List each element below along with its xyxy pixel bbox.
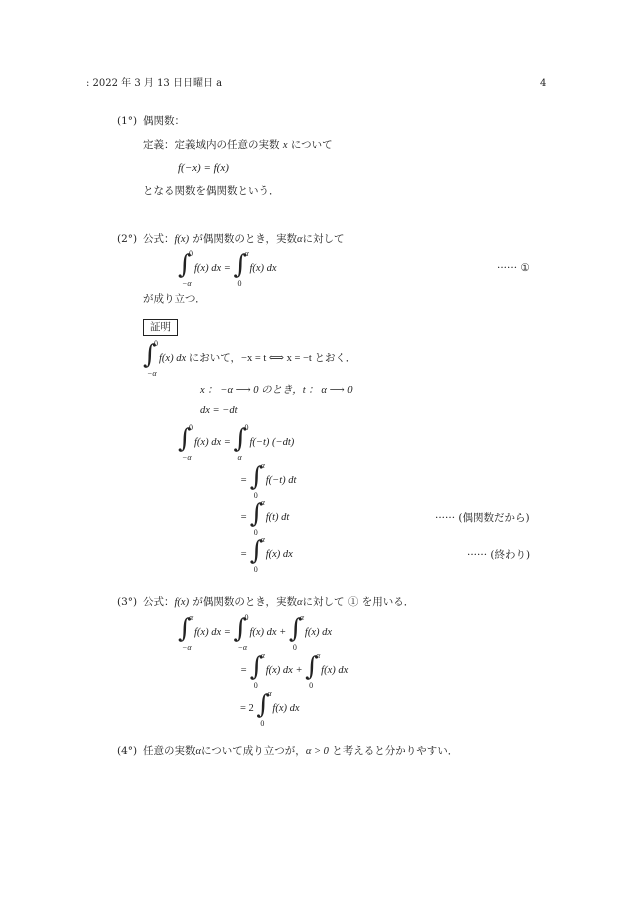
section-2-intro: 公式：f(x) が偶関数のとき，実数αに対して: [143, 234, 345, 246]
step-4-note: ······ (終わり): [467, 550, 530, 561]
integral-sign: ∫0−α: [178, 254, 192, 284]
section-1-title: 偶関数：: [143, 116, 185, 127]
section-3-intro: 公式：f(x) が偶関数のとき，実数αに対して ① を用いる．: [143, 597, 414, 609]
proof-line-1: ∫0−α f(x) dx において，−x = t ⟺ x = −t とおく．: [143, 344, 356, 374]
proof-step-4: = ∫α0 f(x) dx: [240, 540, 293, 570]
section-2-label: (2°): [117, 234, 137, 245]
integral-sign: ∫α0: [233, 254, 247, 284]
proof-line-3: dx = −dt: [200, 406, 238, 417]
section-1-conclusion: となる関数を偶関数という．: [143, 186, 280, 197]
even-function-formula: f(−x) = f(x): [178, 163, 229, 174]
variable-x: x: [283, 140, 288, 151]
equation-1: ∫0−α f(x) dx = ∫α0 f(x) dx: [178, 254, 277, 284]
definition-suffix: について: [291, 139, 333, 151]
definition-prefix: 定義：定義域内の任意の実数: [143, 139, 280, 151]
section-4-label: (4°): [117, 746, 137, 757]
page-number: 4: [540, 79, 546, 89]
proof-step-2: = ∫α0 f(−t) dt: [240, 466, 296, 496]
intro-prefix: 公式：: [143, 233, 175, 245]
section-3-line-2: = ∫α0 f(x) dx + ∫α0 f(x) dx: [240, 656, 348, 686]
intro-mid: が偶関数のとき，実数: [189, 233, 297, 245]
lhs-integrand: f(x) dx =: [194, 264, 231, 275]
integral-sign: ∫0−α: [143, 344, 157, 374]
equation-1-tag: ······ ①: [497, 263, 530, 274]
rhs-integrand: f(x) dx: [249, 264, 276, 275]
intro-suffix: に対して: [303, 233, 345, 245]
page-header-date: : 2022 年 3 月 13 日日曜日 a: [86, 79, 222, 89]
substitution-text: において，−x = t ⟺ x = −t とおく．: [189, 354, 357, 365]
holds-text: が成り立つ．: [143, 294, 206, 305]
section-4-text: 任意の実数αについて成り立つが，α > 0 と考えると分かりやすい．: [143, 746, 458, 758]
section-1-label: (1°): [117, 116, 137, 127]
section-1-definition: 定義：定義域内の任意の実数 x について: [143, 140, 333, 152]
proof-step-3: = ∫α0 f(t) dt: [240, 503, 289, 533]
section-3-label: (3°): [117, 597, 137, 608]
fx: f(x): [175, 234, 190, 245]
step-3-note: ······ (偶関数だから): [435, 513, 530, 524]
proof-label: 証明: [143, 319, 178, 336]
section-3-line-1: ∫α−α f(x) dx = ∫0−α f(x) dx + ∫α0 f(x) d…: [178, 618, 332, 648]
proof-line-2: x ： −α ⟶ 0 のとき，t ： α ⟶ 0: [200, 386, 353, 397]
proof-step-1: ∫0−α f(x) dx = ∫0α f(−t) (−dt): [178, 428, 294, 458]
section-3-line-3: = 2 ∫α0 f(x) dx: [240, 694, 300, 724]
proof-integrand: f(x) dx: [159, 354, 186, 365]
